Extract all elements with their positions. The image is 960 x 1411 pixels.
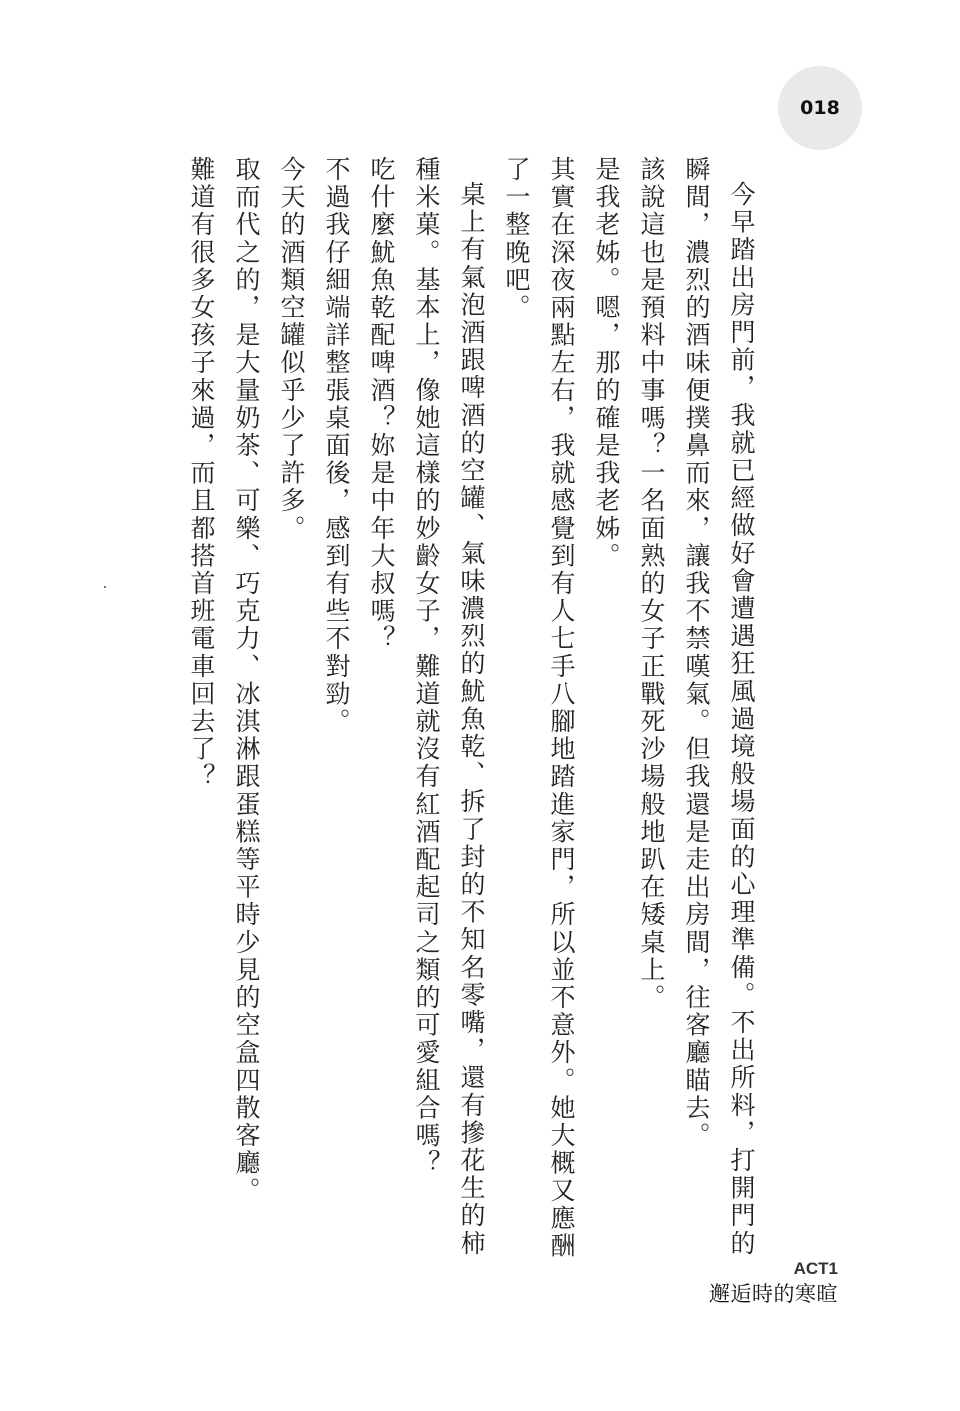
paragraph: 今天的酒類空罐似乎少了許多。 [269,156,314,1276]
body-text: 今早踏出房門前，我就已經做好會遭遇狂風過境般場面的心理準備。不出所料，打開門的瞬… [179,156,764,1276]
paragraph: 今早踏出房門前，我就已經做好會遭遇狂風過境般場面的心理準備。不出所料，打開門的瞬… [674,156,764,1276]
paragraph: 桌上有氣泡酒跟啤酒的空罐、氣味濃烈的魷魚乾、拆了封的不知名零嘴，還有摻花生的柿種… [404,156,494,1276]
paragraph: 吃什麼魷魚乾配啤酒？妳是中年大叔嗎？ [359,156,404,1276]
paragraph: 該說這也是預料中事嗎？一名面熟的女子正戰死沙場般地趴在矮桌上。 [629,156,674,1276]
print-speck [104,586,106,588]
chapter-label: ACT1 [709,1258,838,1280]
paragraph: 取而代之的，是大量奶茶、可樂、巧克力、冰淇淋跟蛋糕等平時少見的空盒四散客廳。 [224,156,269,1276]
running-footer: ACT1 邂逅時的寒暄 [709,1258,838,1308]
paragraph: 其實在深夜兩點左右，我就感覺到有人七手八腳地踏進家門，所以並不意外。她大概又應酬… [494,156,584,1276]
paragraph: 不過我仔細端詳整張桌面後，感到有些不對勁。 [314,156,359,1276]
page-number-badge: 018 [778,66,862,150]
paragraph: 難道有很多女孩子來過，而且都搭首班電車回去了？ [179,156,224,1276]
page-number: 018 [800,97,840,119]
chapter-title: 邂逅時的寒暄 [709,1280,838,1308]
paragraph: 是我老姊。嗯，那的確是我老姊。 [584,156,629,1276]
